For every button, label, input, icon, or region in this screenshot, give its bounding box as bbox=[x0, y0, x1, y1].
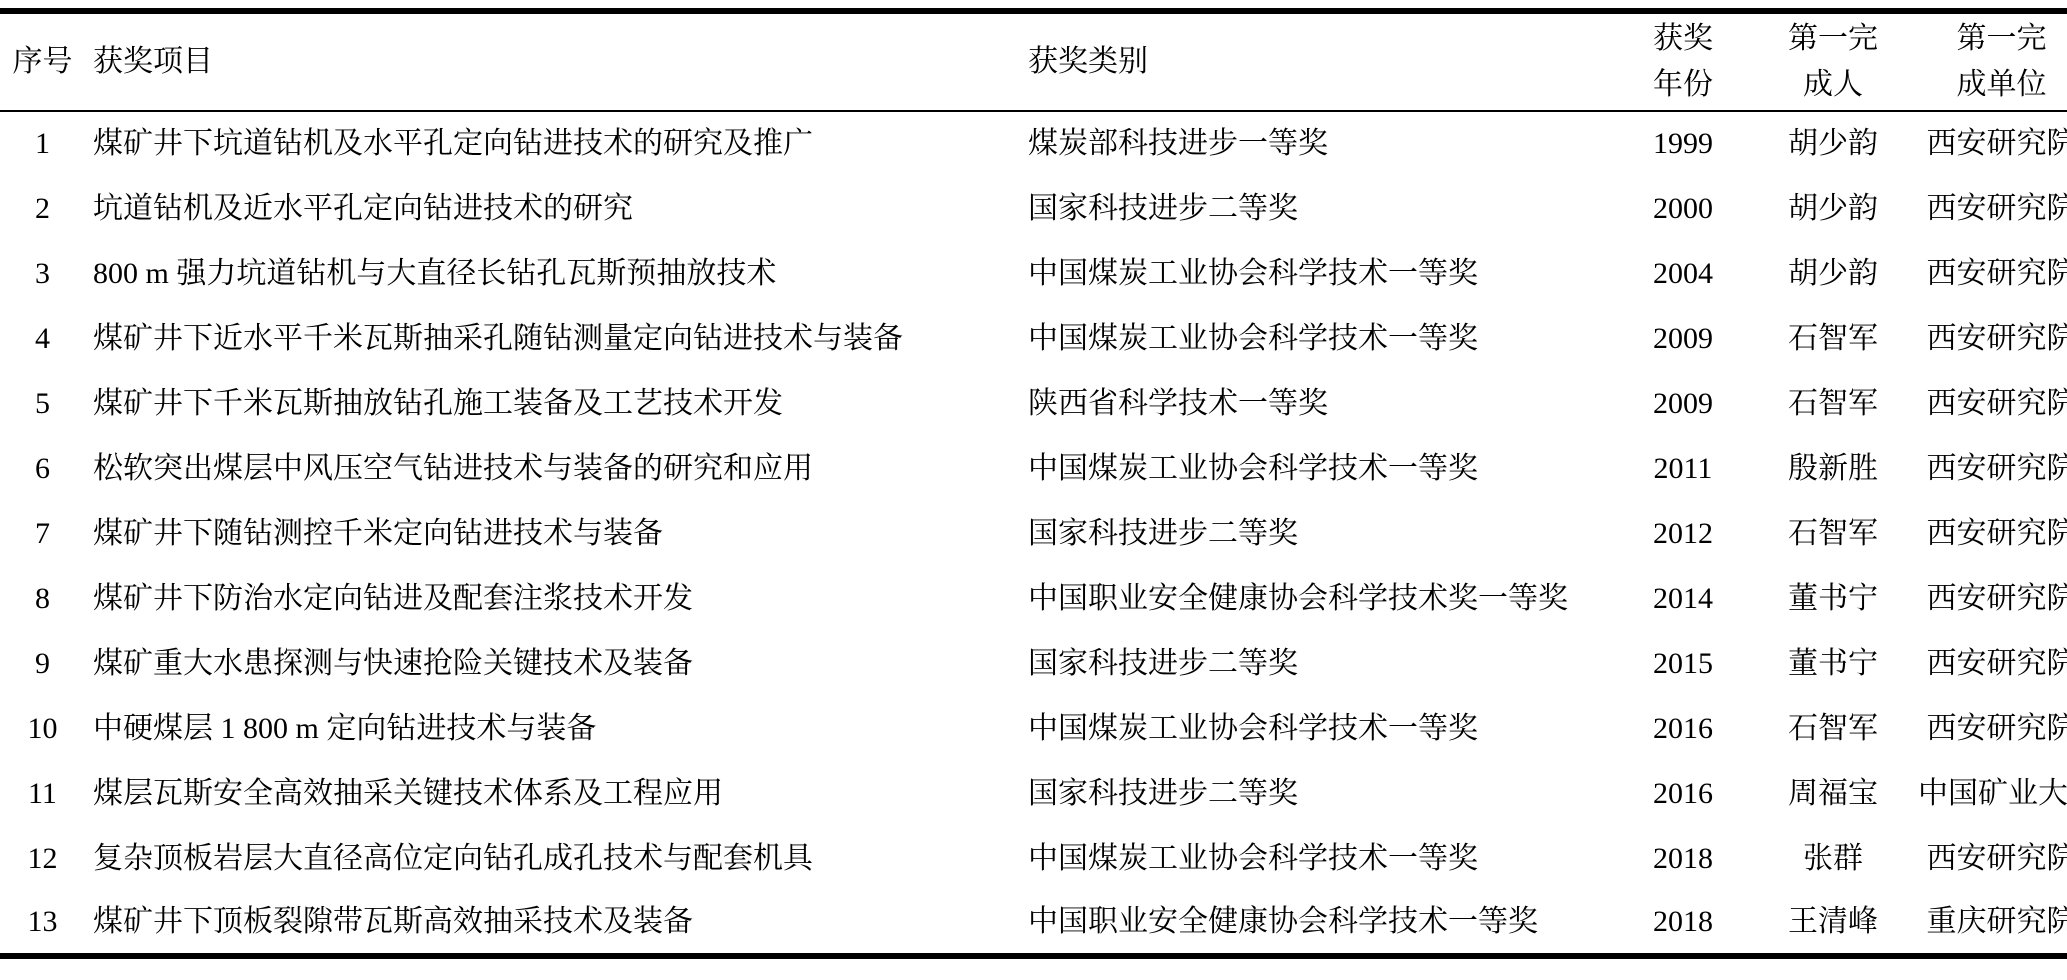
cell-no: 5 bbox=[0, 371, 85, 436]
cell-category: 中国煤炭工业协会科学技术一等奖 bbox=[1018, 696, 1618, 761]
cell-unit: 西安研究院 bbox=[1918, 111, 2067, 176]
header-unit-line1: 第一完 bbox=[1918, 16, 2067, 63]
header-person: 第一完 成人 bbox=[1748, 11, 1918, 111]
cell-year: 2009 bbox=[1618, 306, 1748, 371]
header-row: 序号 获奖项目 获奖类别 获奖 年份 第一完 成人 第一完 成单位 bbox=[0, 11, 2067, 111]
cell-project: 800 m 强力坑道钻机与大直径长钻孔瓦斯预抽放技术 bbox=[85, 241, 1018, 306]
cell-category: 国家科技进步二等奖 bbox=[1018, 631, 1618, 696]
header-year-line1: 获奖 bbox=[1618, 16, 1748, 63]
table-row: 4 煤矿井下近水平千米瓦斯抽采孔随钻测量定向钻进技术与装备 中国煤炭工业协会科学… bbox=[0, 306, 2067, 371]
cell-project: 松软突出煤层中风压空气钻进技术与装备的研究和应用 bbox=[85, 436, 1018, 501]
cell-category: 国家科技进步二等奖 bbox=[1018, 761, 1618, 826]
cell-year: 2012 bbox=[1618, 501, 1748, 566]
table-body: 1 煤矿井下坑道钻机及水平孔定向钻进技术的研究及推广 煤炭部科技进步一等奖 19… bbox=[0, 111, 2067, 956]
cell-category: 国家科技进步二等奖 bbox=[1018, 501, 1618, 566]
cell-year: 2018 bbox=[1618, 891, 1748, 956]
cell-unit: 西安研究院 bbox=[1918, 241, 2067, 306]
cell-no: 11 bbox=[0, 761, 85, 826]
table-row: 6 松软突出煤层中风压空气钻进技术与装备的研究和应用 中国煤炭工业协会科学技术一… bbox=[0, 436, 2067, 501]
table-header: 序号 获奖项目 获奖类别 获奖 年份 第一完 成人 第一完 成单位 bbox=[0, 11, 2067, 111]
cell-unit: 西安研究院 bbox=[1918, 631, 2067, 696]
cell-unit: 西安研究院 bbox=[1918, 371, 2067, 436]
cell-project: 煤层瓦斯安全高效抽采关键技术体系及工程应用 bbox=[85, 761, 1018, 826]
cell-project: 煤矿井下千米瓦斯抽放钻孔施工装备及工艺技术开发 bbox=[85, 371, 1018, 436]
cell-person: 周福宝 bbox=[1748, 761, 1918, 826]
table-row: 8 煤矿井下防治水定向钻进及配套注浆技术开发 中国职业安全健康协会科学技术奖一等… bbox=[0, 566, 2067, 631]
table-row: 5 煤矿井下千米瓦斯抽放钻孔施工装备及工艺技术开发 陕西省科学技术一等奖 200… bbox=[0, 371, 2067, 436]
cell-person: 胡少韵 bbox=[1748, 176, 1918, 241]
cell-category: 中国职业安全健康协会科学技术奖一等奖 bbox=[1018, 566, 1618, 631]
header-year-line2: 年份 bbox=[1618, 62, 1748, 109]
cell-category: 煤炭部科技进步一等奖 bbox=[1018, 111, 1618, 176]
cell-no: 2 bbox=[0, 176, 85, 241]
cell-project: 煤矿井下随钻测控千米定向钻进技术与装备 bbox=[85, 501, 1018, 566]
cell-no: 7 bbox=[0, 501, 85, 566]
header-person-line2: 成人 bbox=[1748, 62, 1918, 109]
table-row: 1 煤矿井下坑道钻机及水平孔定向钻进技术的研究及推广 煤炭部科技进步一等奖 19… bbox=[0, 111, 2067, 176]
table-row: 3 800 m 强力坑道钻机与大直径长钻孔瓦斯预抽放技术 中国煤炭工业协会科学技… bbox=[0, 241, 2067, 306]
cell-category: 中国职业安全健康协会科学技术一等奖 bbox=[1018, 891, 1618, 956]
header-unit-line2: 成单位 bbox=[1918, 62, 2067, 109]
cell-project: 中硬煤层 1 800 m 定向钻进技术与装备 bbox=[85, 696, 1018, 761]
cell-person: 董书宁 bbox=[1748, 631, 1918, 696]
cell-no: 1 bbox=[0, 111, 85, 176]
cell-year: 2011 bbox=[1618, 436, 1748, 501]
cell-project: 煤矿重大水患探测与快速抢险关键技术及装备 bbox=[85, 631, 1018, 696]
cell-year: 2000 bbox=[1618, 176, 1748, 241]
table-row: 13 煤矿井下顶板裂隙带瓦斯高效抽采技术及装备 中国职业安全健康协会科学技术一等… bbox=[0, 891, 2067, 956]
cell-unit: 西安研究院 bbox=[1918, 501, 2067, 566]
cell-no: 12 bbox=[0, 826, 85, 891]
cell-unit: 西安研究院 bbox=[1918, 566, 2067, 631]
cell-no: 3 bbox=[0, 241, 85, 306]
cell-no: 9 bbox=[0, 631, 85, 696]
cell-unit: 中国矿业大学 bbox=[1918, 761, 2067, 826]
table-row: 2 坑道钻机及近水平孔定向钻进技术的研究 国家科技进步二等奖 2000 胡少韵 … bbox=[0, 176, 2067, 241]
cell-project: 煤矿井下近水平千米瓦斯抽采孔随钻测量定向钻进技术与装备 bbox=[85, 306, 1018, 371]
cell-year: 2018 bbox=[1618, 826, 1748, 891]
cell-person: 石智军 bbox=[1748, 371, 1918, 436]
cell-no: 8 bbox=[0, 566, 85, 631]
cell-unit: 西安研究院 bbox=[1918, 306, 2067, 371]
cell-year: 2016 bbox=[1618, 761, 1748, 826]
cell-project: 煤矿井下顶板裂隙带瓦斯高效抽采技术及装备 bbox=[85, 891, 1018, 956]
cell-project: 煤矿井下坑道钻机及水平孔定向钻进技术的研究及推广 bbox=[85, 111, 1018, 176]
header-unit: 第一完 成单位 bbox=[1918, 11, 2067, 111]
cell-project: 复杂顶板岩层大直径高位定向钻孔成孔技术与配套机具 bbox=[85, 826, 1018, 891]
header-project: 获奖项目 bbox=[85, 11, 1018, 111]
header-no: 序号 bbox=[0, 11, 85, 111]
cell-unit: 西安研究院 bbox=[1918, 176, 2067, 241]
cell-no: 13 bbox=[0, 891, 85, 956]
table-row: 10 中硬煤层 1 800 m 定向钻进技术与装备 中国煤炭工业协会科学技术一等… bbox=[0, 696, 2067, 761]
paper-table-page: 序号 获奖项目 获奖类别 获奖 年份 第一完 成人 第一完 成单位 1 bbox=[0, 0, 2067, 980]
cell-person: 董书宁 bbox=[1748, 566, 1918, 631]
cell-category: 中国煤炭工业协会科学技术一等奖 bbox=[1018, 436, 1618, 501]
table-row: 12 复杂顶板岩层大直径高位定向钻孔成孔技术与配套机具 中国煤炭工业协会科学技术… bbox=[0, 826, 2067, 891]
cell-person: 石智军 bbox=[1748, 501, 1918, 566]
cell-category: 国家科技进步二等奖 bbox=[1018, 176, 1618, 241]
cell-person: 石智军 bbox=[1748, 306, 1918, 371]
table-row: 7 煤矿井下随钻测控千米定向钻进技术与装备 国家科技进步二等奖 2012 石智军… bbox=[0, 501, 2067, 566]
cell-year: 2009 bbox=[1618, 371, 1748, 436]
cell-year: 2016 bbox=[1618, 696, 1748, 761]
cell-unit: 西安研究院 bbox=[1918, 696, 2067, 761]
cell-year: 1999 bbox=[1618, 111, 1748, 176]
cell-no: 6 bbox=[0, 436, 85, 501]
header-year: 获奖 年份 bbox=[1618, 11, 1748, 111]
cell-person: 殷新胜 bbox=[1748, 436, 1918, 501]
table-row: 11 煤层瓦斯安全高效抽采关键技术体系及工程应用 国家科技进步二等奖 2016 … bbox=[0, 761, 2067, 826]
cell-person: 胡少韵 bbox=[1748, 111, 1918, 176]
cell-no: 4 bbox=[0, 306, 85, 371]
cell-project: 煤矿井下防治水定向钻进及配套注浆技术开发 bbox=[85, 566, 1018, 631]
cell-unit: 西安研究院 bbox=[1918, 436, 2067, 501]
cell-year: 2014 bbox=[1618, 566, 1748, 631]
cell-person: 王清峰 bbox=[1748, 891, 1918, 956]
cell-category: 中国煤炭工业协会科学技术一等奖 bbox=[1018, 826, 1618, 891]
header-person-line1: 第一完 bbox=[1748, 16, 1918, 63]
header-category: 获奖类别 bbox=[1018, 11, 1618, 111]
cell-unit: 西安研究院 bbox=[1918, 826, 2067, 891]
cell-category: 中国煤炭工业协会科学技术一等奖 bbox=[1018, 241, 1618, 306]
cell-category: 陕西省科学技术一等奖 bbox=[1018, 371, 1618, 436]
cell-person: 张群 bbox=[1748, 826, 1918, 891]
cell-project: 坑道钻机及近水平孔定向钻进技术的研究 bbox=[85, 176, 1018, 241]
table-row: 9 煤矿重大水患探测与快速抢险关键技术及装备 国家科技进步二等奖 2015 董书… bbox=[0, 631, 2067, 696]
cell-unit: 重庆研究院 bbox=[1918, 891, 2067, 956]
cell-person: 石智军 bbox=[1748, 696, 1918, 761]
cell-no: 10 bbox=[0, 696, 85, 761]
cell-year: 2015 bbox=[1618, 631, 1748, 696]
cell-person: 胡少韵 bbox=[1748, 241, 1918, 306]
cell-category: 中国煤炭工业协会科学技术一等奖 bbox=[1018, 306, 1618, 371]
awards-table: 序号 获奖项目 获奖类别 获奖 年份 第一完 成人 第一完 成单位 1 bbox=[0, 8, 2067, 959]
cell-year: 2004 bbox=[1618, 241, 1748, 306]
